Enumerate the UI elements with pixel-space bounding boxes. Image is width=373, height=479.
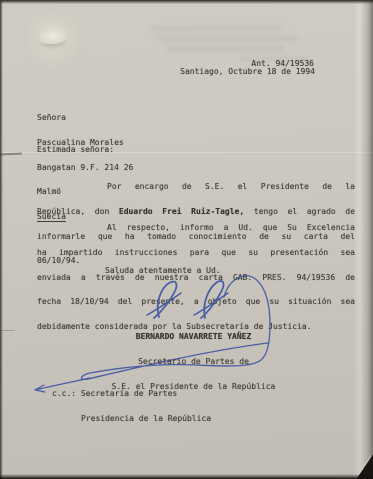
- closing-line: Saluda atentamente a Ud.: [105, 267, 305, 275]
- scan-edge-bottom: [0, 474, 373, 479]
- cc-recipient2: Presidencia de la República: [81, 415, 272, 423]
- scanned-letter-page: Ant. 94/19536 Santiago, Octubre 18 de 19…: [0, 0, 373, 479]
- body-line: fecha 18/10/94 del presente, a objeto qu…: [37, 298, 355, 306]
- salutation: Estimada señora:: [37, 146, 237, 154]
- body-line: Por encargo de S.E. el Presidente de la: [107, 183, 355, 191]
- bleedthrough-ghost: [166, 46, 284, 51]
- bleedthrough-ghost: [150, 26, 280, 31]
- recipient-salutation-word: Señora: [37, 114, 237, 122]
- bleedthrough-ghost: [158, 36, 298, 41]
- cc-label: c.c.:: [52, 389, 76, 398]
- scan-edge-left: [0, 0, 3, 479]
- scan-edge-top: [0, 0, 373, 4]
- signatory-title-line1: Secretario de Partes de: [100, 358, 287, 366]
- cc-block: c.c.: Secretaría de Partes Presidencia d…: [52, 374, 272, 440]
- scan-edge-right: [353, 0, 373, 479]
- fold-crease-edge: [0, 153, 22, 155]
- body-line: ha impartido instrucciones para que su p…: [37, 249, 355, 257]
- signatory-name: BERNARDO NAVARRETE YAÑEZ: [100, 333, 287, 341]
- cc-line1: c.c.: Secretaría de Partes: [52, 390, 272, 398]
- cc-recipient1: Secretaría de Partes: [76, 389, 177, 398]
- body-line: Al respecto, informo a Ud. que Su Excele…: [107, 224, 355, 232]
- date-line: Santiago, Octubre 18 de 1994: [135, 68, 315, 76]
